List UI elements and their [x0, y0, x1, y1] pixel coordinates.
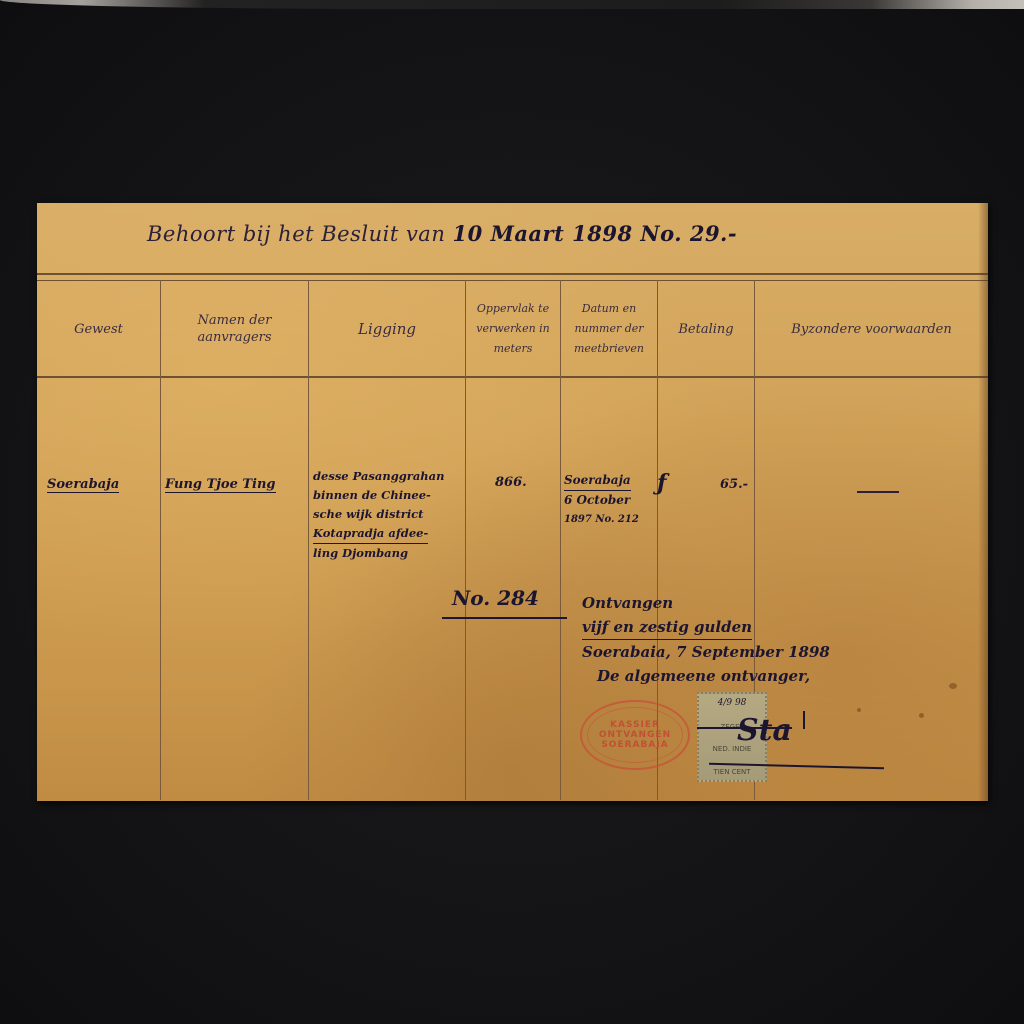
rule-header-bottom	[37, 376, 988, 378]
receipt-line: vijf en zestig gulden	[582, 615, 752, 640]
cell-namen: Fung Tjoe Ting	[165, 475, 276, 495]
signature-text: Sta	[737, 713, 792, 748]
gewest-value: Soerabaja	[47, 477, 119, 493]
cashier-stamp: KASSIER ONTVANGEN SOERABAJA	[580, 700, 690, 770]
stamp-line: KASSIER	[610, 720, 660, 730]
cell-betaling-symbol: ƒ	[657, 473, 666, 493]
cell-betaling: 65.-	[720, 475, 748, 495]
revenue-stamp-line: TIEN CENT	[713, 768, 750, 776]
revenue-stamp-date: 4/9 98	[718, 698, 747, 708]
ligging-line: desse Pasanggrahan	[313, 467, 444, 486]
cell-byzondere-dash	[857, 491, 899, 493]
column-header-label: Betaling	[678, 321, 733, 338]
cell-datum: Soerabaja 6 October 1897 No. 212	[564, 471, 639, 529]
cell-oppervlak: 866.	[495, 473, 527, 493]
receipt-number-text: No. 284	[452, 586, 539, 610]
heading-text: Behoort bij het Besluit van	[147, 222, 445, 246]
age-spot	[919, 713, 924, 718]
cell-ligging: desse Pasanggrahan binnen de Chinee- sch…	[313, 467, 444, 563]
column-header-label: Gewest	[74, 321, 123, 338]
column-header-datum: Datum en nummer der meetbrieven	[561, 283, 657, 375]
signature: Sta	[737, 713, 792, 748]
signature-tick	[803, 711, 805, 729]
column-header-gewest: Gewest	[37, 283, 160, 375]
rule-top-double	[37, 280, 988, 281]
receipt-number-underline	[442, 617, 567, 619]
stamp-line: ONTVANGEN	[599, 730, 671, 740]
column-header-namen: Namen der aanvragers	[161, 283, 308, 375]
column-header-byzondere: Byzondere voorwaarden	[755, 283, 988, 375]
ligging-line: Kotapradja afdee-	[313, 524, 428, 544]
document-sheet: Behoort bij het Besluit van 10 Maart 189…	[37, 203, 988, 801]
datum-line: Soerabaja	[564, 471, 631, 491]
receipt-line: Soerabaia, 7 September 1898	[582, 640, 830, 664]
column-header-ligging: Ligging	[309, 283, 465, 375]
column-header-label: Ligging	[358, 321, 416, 338]
stamp-line: SOERABAJA	[601, 740, 668, 750]
guilder-symbol: ƒ	[657, 470, 666, 496]
age-spot	[857, 708, 861, 712]
ligging-line: sche wijk district	[313, 505, 444, 524]
datum-line: 6 October	[564, 491, 639, 510]
oppervlak-value: 866.	[495, 475, 527, 490]
age-spot	[949, 683, 957, 689]
document-heading: Behoort bij het Besluit van 10 Maart 189…	[147, 221, 737, 246]
receipt-line: Ontvangen	[582, 591, 830, 615]
signature-stroke	[697, 727, 792, 729]
column-header-label: Namen der aanvragers	[181, 312, 288, 346]
column-header-betaling: Betaling	[658, 283, 754, 375]
column-header-label: Byzondere voorwaarden	[791, 321, 951, 338]
top-edge-strip	[0, 0, 1024, 9]
heading-date: 10 Maart 1898 No. 29.-	[453, 221, 738, 246]
betaling-value: 65.-	[720, 477, 748, 492]
receipt-line: De algemeene ontvanger,	[582, 664, 830, 688]
receipt-text: Ontvangen vijf en zestig gulden Soerabai…	[582, 591, 830, 688]
ligging-line: ling Djombang	[313, 544, 444, 563]
rule-top	[37, 273, 988, 275]
receipt-number: No. 284	[452, 588, 539, 608]
column-header-label: Oppervlak te verwerken in meters	[470, 299, 556, 359]
column-header-label: Datum en nummer der meetbrieven	[565, 299, 653, 359]
ligging-line: binnen de Chinee-	[313, 486, 444, 505]
column-header-oppervlak: Oppervlak te verwerken in meters	[466, 283, 560, 375]
datum-line: 1897 No. 212	[564, 510, 639, 529]
cell-gewest: Soerabaja	[47, 475, 119, 495]
namen-value: Fung Tjoe Ting	[165, 477, 276, 493]
